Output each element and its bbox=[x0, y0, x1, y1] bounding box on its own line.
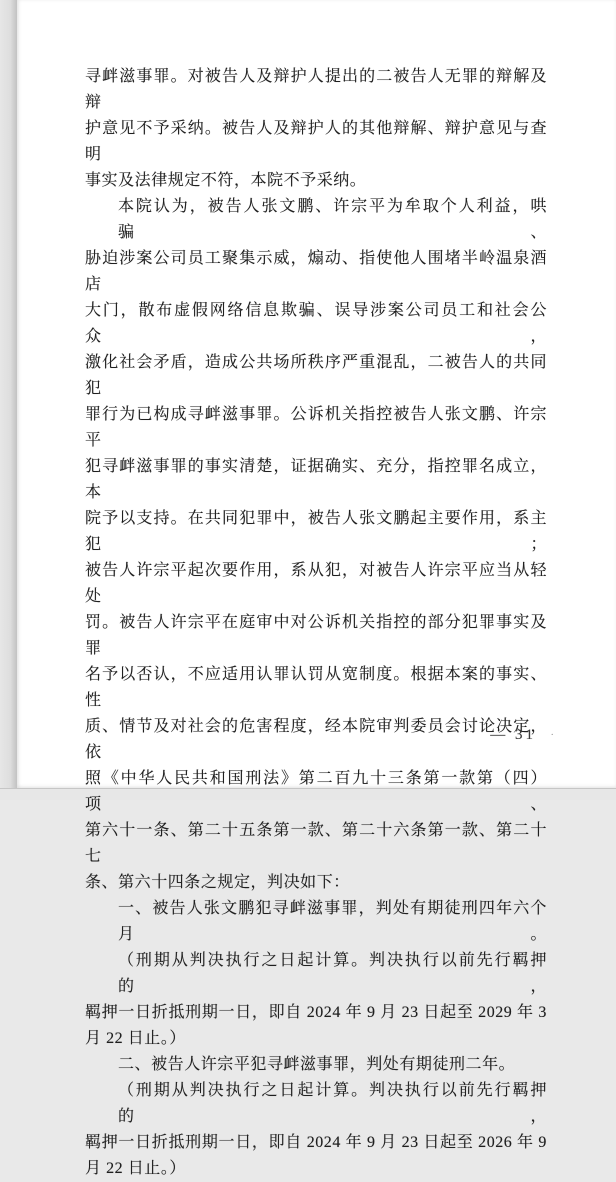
text-line: 护意见不予采纳。被告人及辩护人的其他辩解、辩护意见与查明 bbox=[85, 116, 547, 168]
text-line: 本院认为，被告人张文鹏、许宗平为牟取个人利益，哄骗、 bbox=[85, 194, 547, 246]
scan-edge-left bbox=[0, 0, 17, 800]
page-number: — 31 bbox=[490, 727, 536, 744]
text-line: 照《中华人民共和国刑法》第二百九十三条第一款第（四）项、 bbox=[85, 766, 547, 800]
text-line: 罪行为已构成寻衅滋事罪。公诉机关指控被告人张文鹏、许宗平 bbox=[85, 402, 547, 454]
text-line: 事实及法律规定不符，本院不予采纳。 bbox=[85, 168, 547, 194]
text-line: 寻衅滋事罪。对被告人及辩护人提出的二被告人无罪的辩解及辩 bbox=[85, 64, 547, 116]
text-line: 罚。被告人许宗平在庭审中对公诉机关指控的部分犯罪事实及罪 bbox=[85, 610, 547, 662]
text-line: 犯寻衅滋事罪的事实清楚，证据确实、充分，指控罪名成立，本 bbox=[85, 454, 547, 506]
text-line: 院予以支持。在共同犯罪中，被告人张文鹏起主要作用，系主犯； bbox=[85, 506, 547, 558]
text-line: 大门，散布虚假网络信息欺骗、误导涉案公司员工和社会公众， bbox=[85, 298, 547, 350]
document-page: 寻衅滋事罪。对被告人及辩护人提出的二被告人无罪的辩解及辩护意见不予采纳。被告人及… bbox=[17, 0, 616, 788]
text-line: 名予以否认，不应适用认罪认罚从宽制度。根据本案的事实、性 bbox=[85, 662, 547, 714]
text-line: 被告人许宗平起次要作用，系从犯，对被告人许宗平应当从轻处 bbox=[85, 558, 547, 610]
text-line: 质、情节及对社会的危害程度，经本院审判委员会讨论决定，依 bbox=[85, 714, 547, 766]
text-line: 胁迫涉案公司员工聚集示威，煽动、指使他人围堵半岭温泉酒店 bbox=[85, 246, 547, 298]
scan-artifact-dot: · bbox=[550, 729, 554, 741]
text-line: 激化社会矛盾，造成公共场所秩序严重混乱，二被告人的共同犯 bbox=[85, 350, 547, 402]
document-text: 寻衅滋事罪。对被告人及辩护人提出的二被告人无罪的辩解及辩护意见不予采纳。被告人及… bbox=[85, 64, 547, 800]
